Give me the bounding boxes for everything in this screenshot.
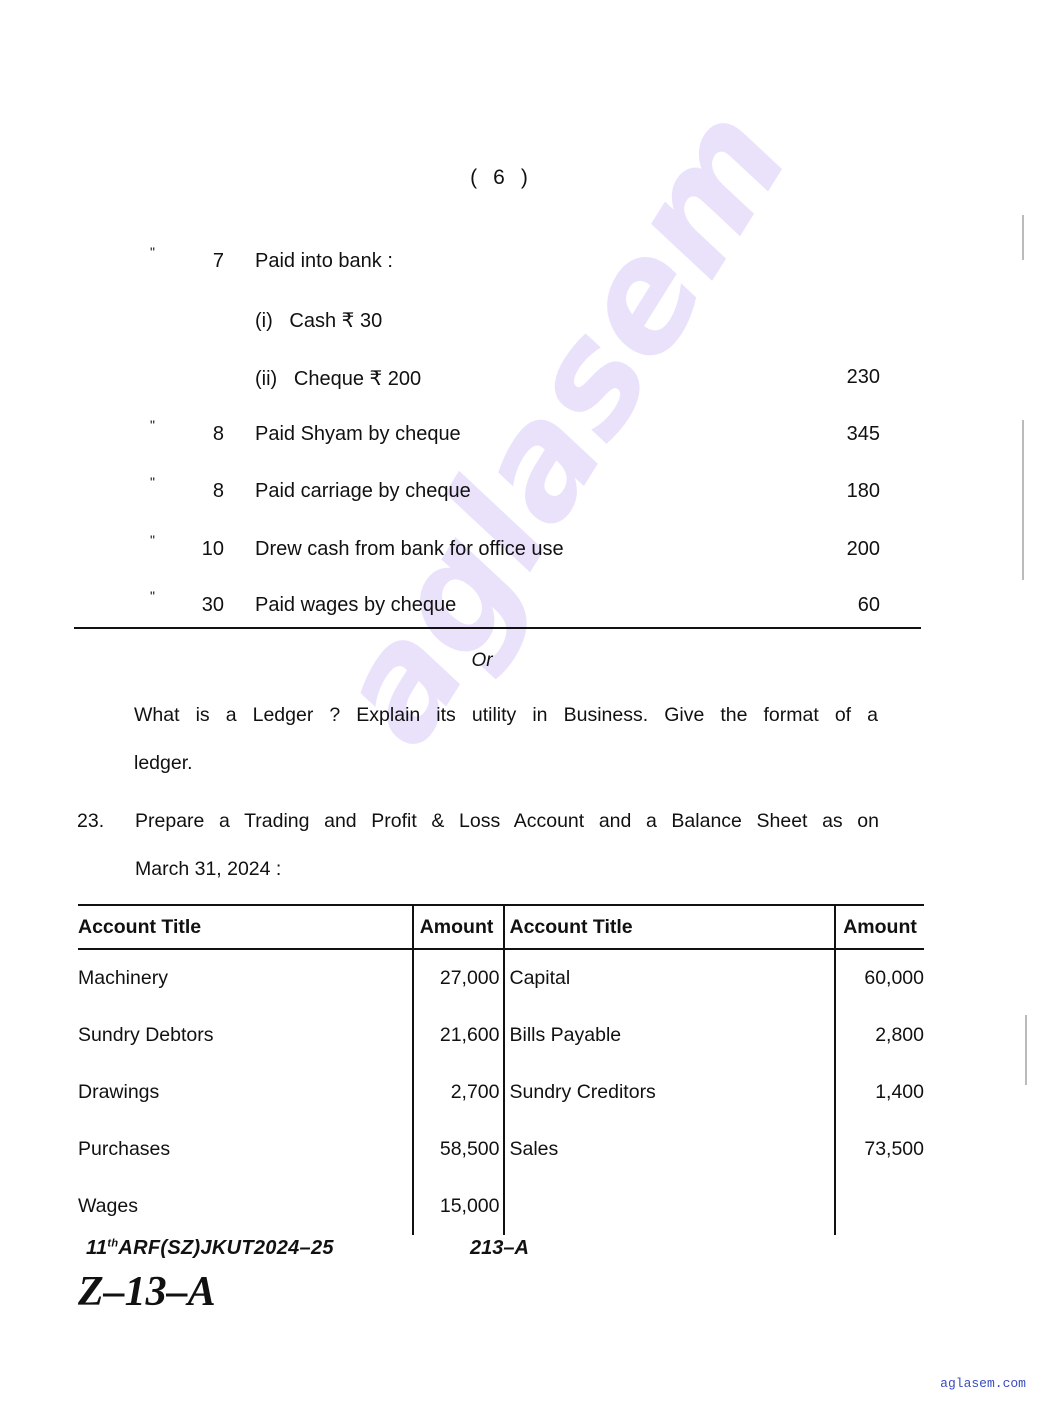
table-row: Wages15,000 <box>78 1178 924 1235</box>
credit-account-title: Sales <box>504 1121 836 1178</box>
credit-amount: 73,500 <box>835 1121 924 1178</box>
transaction-amount: 180 <box>847 480 880 503</box>
header-credit-title: Account Title <box>504 905 836 949</box>
ditto-mark: " <box>150 474 155 490</box>
transaction-description: Drew cash from bank for office use <box>255 538 564 561</box>
credit-account-title: Capital <box>504 949 836 1007</box>
site-credit[interactable]: aglasem.com <box>940 1376 1026 1391</box>
transaction-description: Paid wages by cheque <box>255 594 456 617</box>
alt-question-line1: What is a Ledger ? Explain its utility i… <box>134 704 878 727</box>
ditto-mark: " <box>150 417 155 433</box>
trial-balance-table: Account Title Amount Account Title Amoun… <box>78 904 924 1235</box>
transaction-row: "10Drew cash from bank for office use200 <box>0 538 1038 568</box>
debit-amount: 15,000 <box>413 1178 504 1235</box>
divider <box>74 627 921 629</box>
credit-amount <box>835 1178 924 1235</box>
debit-account-title: Purchases <box>78 1121 413 1178</box>
or-label: Or <box>0 650 964 672</box>
table-row: Purchases58,500Sales73,500 <box>78 1121 924 1178</box>
transaction-description: (i) Cash ₹ 30 <box>255 308 382 333</box>
table-row: Drawings2,700Sundry Creditors1,400 <box>78 1064 924 1121</box>
header-debit-amount: Amount <box>413 905 504 949</box>
transaction-row: "7Paid into bank : <box>0 250 1038 280</box>
transaction-date: 8 <box>184 423 224 446</box>
transaction-amount: 60 <box>858 594 880 617</box>
debit-amount: 2,700 <box>413 1064 504 1121</box>
debit-account-title: Drawings <box>78 1064 413 1121</box>
credit-amount: 1,400 <box>835 1064 924 1121</box>
alt-question-line2: ledger. <box>134 752 193 775</box>
transaction-row: "30Paid wages by cheque60 <box>0 594 1038 624</box>
credit-account-title: Bills Payable <box>504 1007 836 1064</box>
transaction-description: Paid carriage by cheque <box>255 480 471 503</box>
transaction-date: 8 <box>184 480 224 503</box>
table-header-row: Account Title Amount Account Title Amoun… <box>78 905 924 949</box>
ditto-mark: " <box>150 244 155 260</box>
transaction-date: 30 <box>184 594 224 617</box>
ditto-mark: " <box>150 532 155 548</box>
debit-amount: 21,600 <box>413 1007 504 1064</box>
question-number: 23. <box>77 810 104 833</box>
transaction-date: 10 <box>184 538 224 561</box>
credit-amount: 2,800 <box>835 1007 924 1064</box>
debit-account-title: Sundry Debtors <box>78 1007 413 1064</box>
question-23-line2: March 31, 2024 : <box>135 858 281 881</box>
transaction-row: "8Paid Shyam by cheque345 <box>0 423 1038 453</box>
page-code: 213–A <box>470 1237 529 1260</box>
transaction-description: Paid Shyam by cheque <box>255 423 461 446</box>
transaction-amount: 200 <box>847 538 880 561</box>
scan-edge-mark <box>1022 420 1024 580</box>
scan-edge-mark <box>1025 1015 1027 1085</box>
paper-code: 11thARF(SZ)JKUT2024–25 <box>86 1237 334 1260</box>
ditto-mark: " <box>150 588 155 604</box>
transaction-description: (ii) Cheque ₹ 200 <box>255 366 421 391</box>
scan-edge-mark <box>1022 215 1024 260</box>
transaction-date: 7 <box>184 250 224 273</box>
transaction-amount: 230 <box>847 366 880 389</box>
credit-account-title <box>504 1178 836 1235</box>
debit-account-title: Wages <box>78 1178 413 1235</box>
page-number: (6) <box>0 166 1000 190</box>
transaction-description: Paid into bank : <box>255 250 393 273</box>
series-code: Z–13–A <box>78 1268 216 1316</box>
header-debit-title: Account Title <box>78 905 413 949</box>
debit-amount: 58,500 <box>413 1121 504 1178</box>
transaction-row: (ii) Cheque ₹ 200230 <box>0 366 1038 396</box>
header-credit-amount: Amount <box>835 905 924 949</box>
table-row: Machinery27,000Capital60,000 <box>78 949 924 1007</box>
question-23-line1: Prepare a Trading and Profit & Loss Acco… <box>135 810 879 833</box>
debit-amount: 27,000 <box>413 949 504 1007</box>
transaction-amount: 345 <box>847 423 880 446</box>
transaction-row: "8Paid carriage by cheque180 <box>0 480 1038 510</box>
debit-account-title: Machinery <box>78 949 413 1007</box>
credit-account-title: Sundry Creditors <box>504 1064 836 1121</box>
transaction-row: (i) Cash ₹ 30 <box>0 308 1038 338</box>
table-row: Sundry Debtors21,600Bills Payable2,800 <box>78 1007 924 1064</box>
credit-amount: 60,000 <box>835 949 924 1007</box>
